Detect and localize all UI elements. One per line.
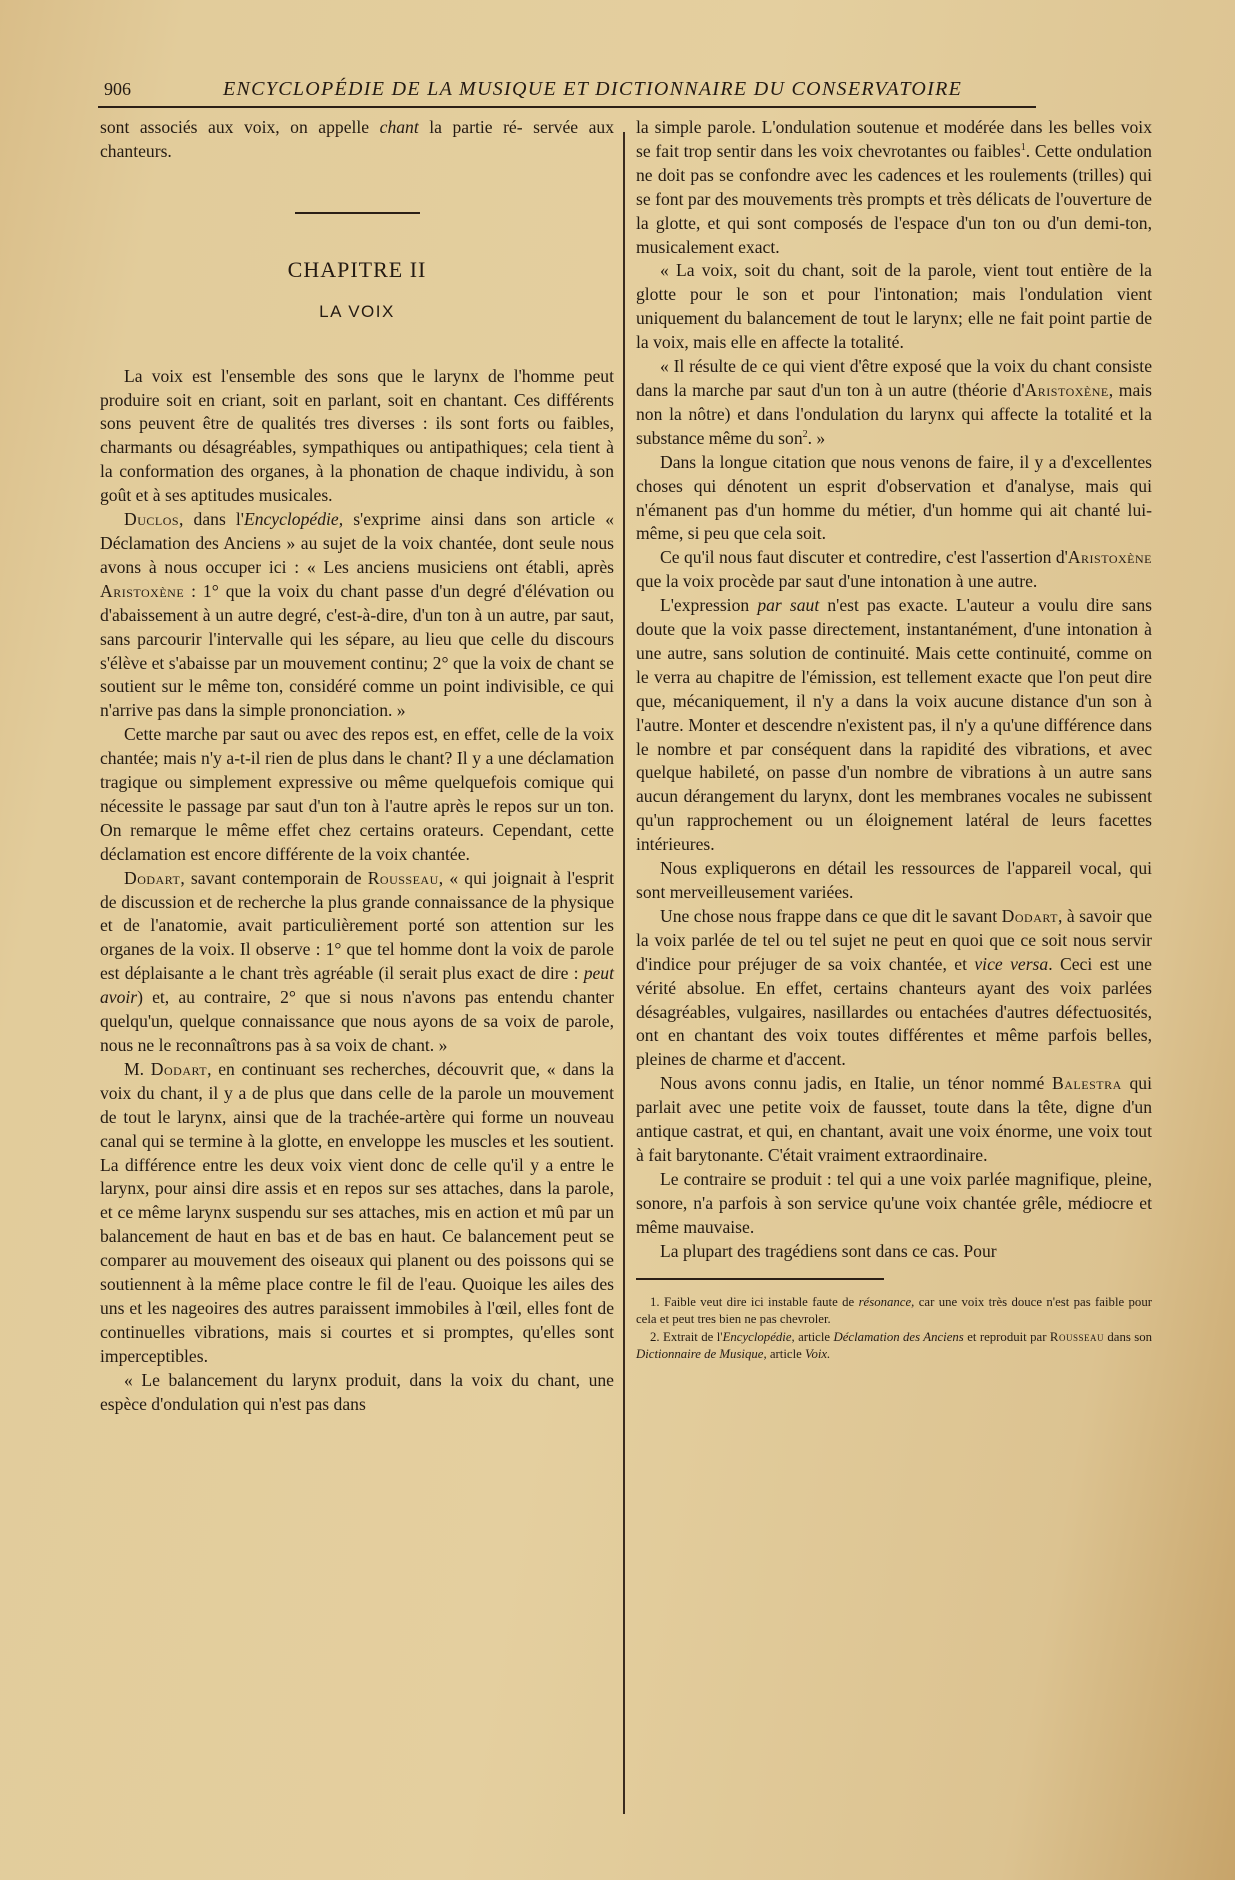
column-divider xyxy=(623,132,625,1814)
paragraph: M. Dodart, en continuant ses recherches,… xyxy=(100,1058,614,1369)
right-column: la simple parole. L'ondulation soutenue … xyxy=(636,116,1152,1364)
chapter-divider xyxy=(295,212,420,214)
intro-paragraph: sont associés aux voix, on appelle chant… xyxy=(100,116,614,164)
paragraph: La voix est l'ensemble des sons que le l… xyxy=(100,365,614,508)
paragraph: Une chose nous frappe dans ce que dit le… xyxy=(636,905,1152,1072)
page-number: 906 xyxy=(104,79,131,100)
paragraph: la simple parole. L'ondulation soutenue … xyxy=(636,116,1152,259)
section-title: LA VOIX xyxy=(100,300,614,324)
paragraph: « Le balancement du larynx produit, dans… xyxy=(100,1369,614,1417)
book-page: 906 ENCYCLOPÉDIE DE LA MUSIQUE ET DICTIO… xyxy=(98,76,1036,116)
paragraph: « Il résulte de ce qui vient d'être expo… xyxy=(636,355,1152,451)
paragraph: La plupart des tragédiens sont dans ce c… xyxy=(636,1240,1152,1264)
paragraph: Duclos, dans l'Encyclopédie, s'exprime a… xyxy=(100,508,614,723)
footnote-divider xyxy=(636,1278,884,1280)
left-column: sont associés aux voix, on appelle chant… xyxy=(100,116,614,1417)
running-title: ENCYCLOPÉDIE DE LA MUSIQUE ET DICTIONNAI… xyxy=(223,78,962,101)
paragraph: Le contraire se produit : tel qui a une … xyxy=(636,1168,1152,1240)
paragraph: Dans la longue citation que nous venons … xyxy=(636,451,1152,547)
footnote-2: 2. Extrait de l'Encyclopédie, article Dé… xyxy=(636,1329,1152,1364)
paragraph: Dodart, savant contemporain de Rousseau,… xyxy=(100,867,614,1058)
paragraph: Ce qu'il nous faut discuter et contredir… xyxy=(636,546,1152,594)
paragraph: L'expression par saut n'est pas exacte. … xyxy=(636,594,1152,857)
footnotes: 1. Faible veut dire ici instable faute d… xyxy=(636,1294,1152,1364)
paragraph: Nous expliquerons en détail les ressourc… xyxy=(636,857,1152,905)
paragraph: Nous avons connu jadis, en Italie, un té… xyxy=(636,1072,1152,1168)
running-header: 906 ENCYCLOPÉDIE DE LA MUSIQUE ET DICTIO… xyxy=(98,76,1036,108)
footnote-1: 1. Faible veut dire ici instable faute d… xyxy=(636,1294,1152,1329)
paragraph: Cette marche par saut ou avec des repos … xyxy=(100,723,614,866)
paragraph: « La voix, soit du chant, soit de la par… xyxy=(636,259,1152,355)
chapter-title: CHAPITRE II xyxy=(100,258,614,282)
